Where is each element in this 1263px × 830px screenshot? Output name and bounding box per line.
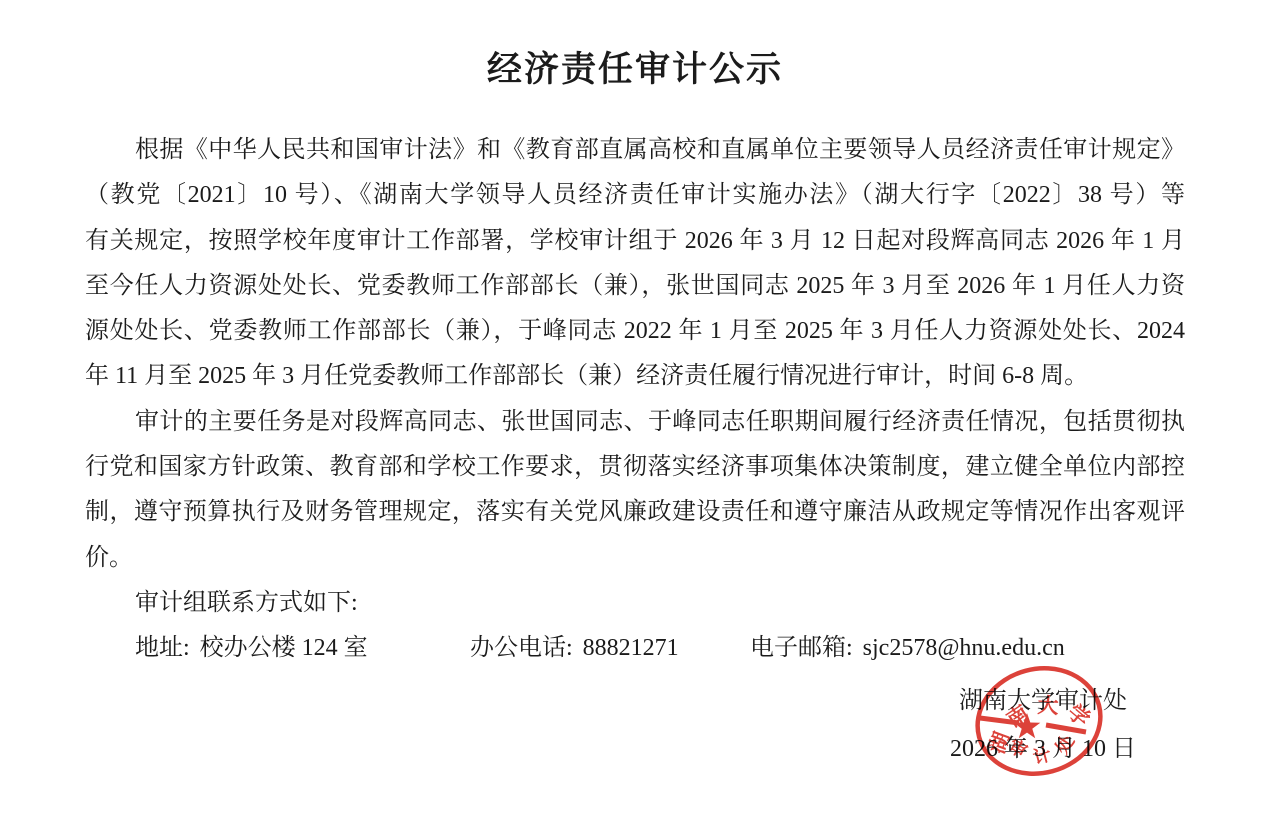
paragraph-1-line-5: 源处处长、党委教师工作部部长（兼），于峰同志 2022 年 1 月至 2025 …	[85, 309, 1185, 354]
paragraph-2: 审计的主要任务是对段辉高同志、张世国同志、于峰同志任职期间履行经济责任情况，包括…	[85, 400, 1185, 581]
contact-phone: 办公电话:88821271	[470, 626, 679, 671]
address-label: 地址:	[135, 635, 190, 661]
paragraph-2-line-4: 价。	[85, 536, 1185, 581]
paragraph-2-line-2: 行党和国家方针政策、教育部和学校工作要求，贯彻落实经济事项集体决策制度，建立健全…	[85, 445, 1185, 490]
phone-label: 办公电话:	[470, 635, 573, 661]
contact-address: 地址:校办公楼 124 室	[135, 626, 368, 671]
seal-rotated-group: 湖南大学 审计处	[969, 658, 1109, 786]
paragraph-2-line-1: 审计的主要任务是对段辉高同志、张世国同志、于峰同志任职期间履行经济责任情况，包括…	[85, 400, 1185, 445]
paragraph-2-line-3: 制，遵守预算执行及财务管理规定，落实有关党风廉政建设责任和遵守廉洁从政规定等情况…	[85, 490, 1185, 535]
document-body: 经济责任审计公示 根据《中华人民共和国审计法》和《教育部直属高校和直属单位主要领…	[0, 0, 1263, 672]
signature-organization: 湖南大学审计处	[943, 680, 1143, 715]
paragraph-1-line-3: 有关规定，按照学校年度审计工作部署，学校审计组于 2026 年 3 月 12 日…	[85, 219, 1185, 264]
paragraph-1-line-1: 根据《中华人民共和国审计法》和《教育部直属高校和直属单位主要领导人员经济责任审计…	[85, 128, 1185, 173]
email-value: sjc2578@hnu.edu.cn	[863, 635, 1065, 661]
official-seal: 湖南大学 审计处	[969, 658, 1109, 786]
email-label: 电子邮箱:	[750, 635, 853, 661]
contact-email: 电子邮箱:sjc2578@hnu.edu.cn	[750, 626, 1065, 671]
address-value: 校办公楼 124 室	[200, 635, 368, 661]
page-title: 经济责任审计公示	[85, 46, 1185, 94]
signature-date: 2026 年 3 月 10 日	[933, 728, 1153, 763]
contact-row: 地址:校办公楼 124 室 办公电话:88821271 电子邮箱:sjc2578…	[85, 626, 1185, 671]
paragraph-1: 根据《中华人民共和国审计法》和《教育部直属高校和直属单位主要领导人员经济责任审计…	[85, 128, 1185, 400]
paragraph-1-line-4: 至今任人力资源处处长、党委教师工作部部长（兼），张世国同志 2025 年 3 月…	[85, 264, 1185, 309]
seal-left-dash	[980, 718, 1019, 723]
paragraph-1-line-2: （教党〔2021〕10 号）、《湖南大学领导人员经济责任审计实施办法》（湖大行字…	[85, 173, 1185, 218]
seal-ring	[969, 658, 1109, 786]
paragraph-1-line-6: 年 11 月至 2025 年 3 月任党委教师工作部部长（兼）经济责任履行情况进…	[85, 354, 1185, 399]
phone-value: 88821271	[583, 635, 679, 661]
contact-intro: 审计组联系方式如下:	[85, 581, 1185, 626]
audit-notice-document: 经济责任审计公示 根据《中华人民共和国审计法》和《教育部直属高校和直属单位主要领…	[0, 0, 1263, 830]
